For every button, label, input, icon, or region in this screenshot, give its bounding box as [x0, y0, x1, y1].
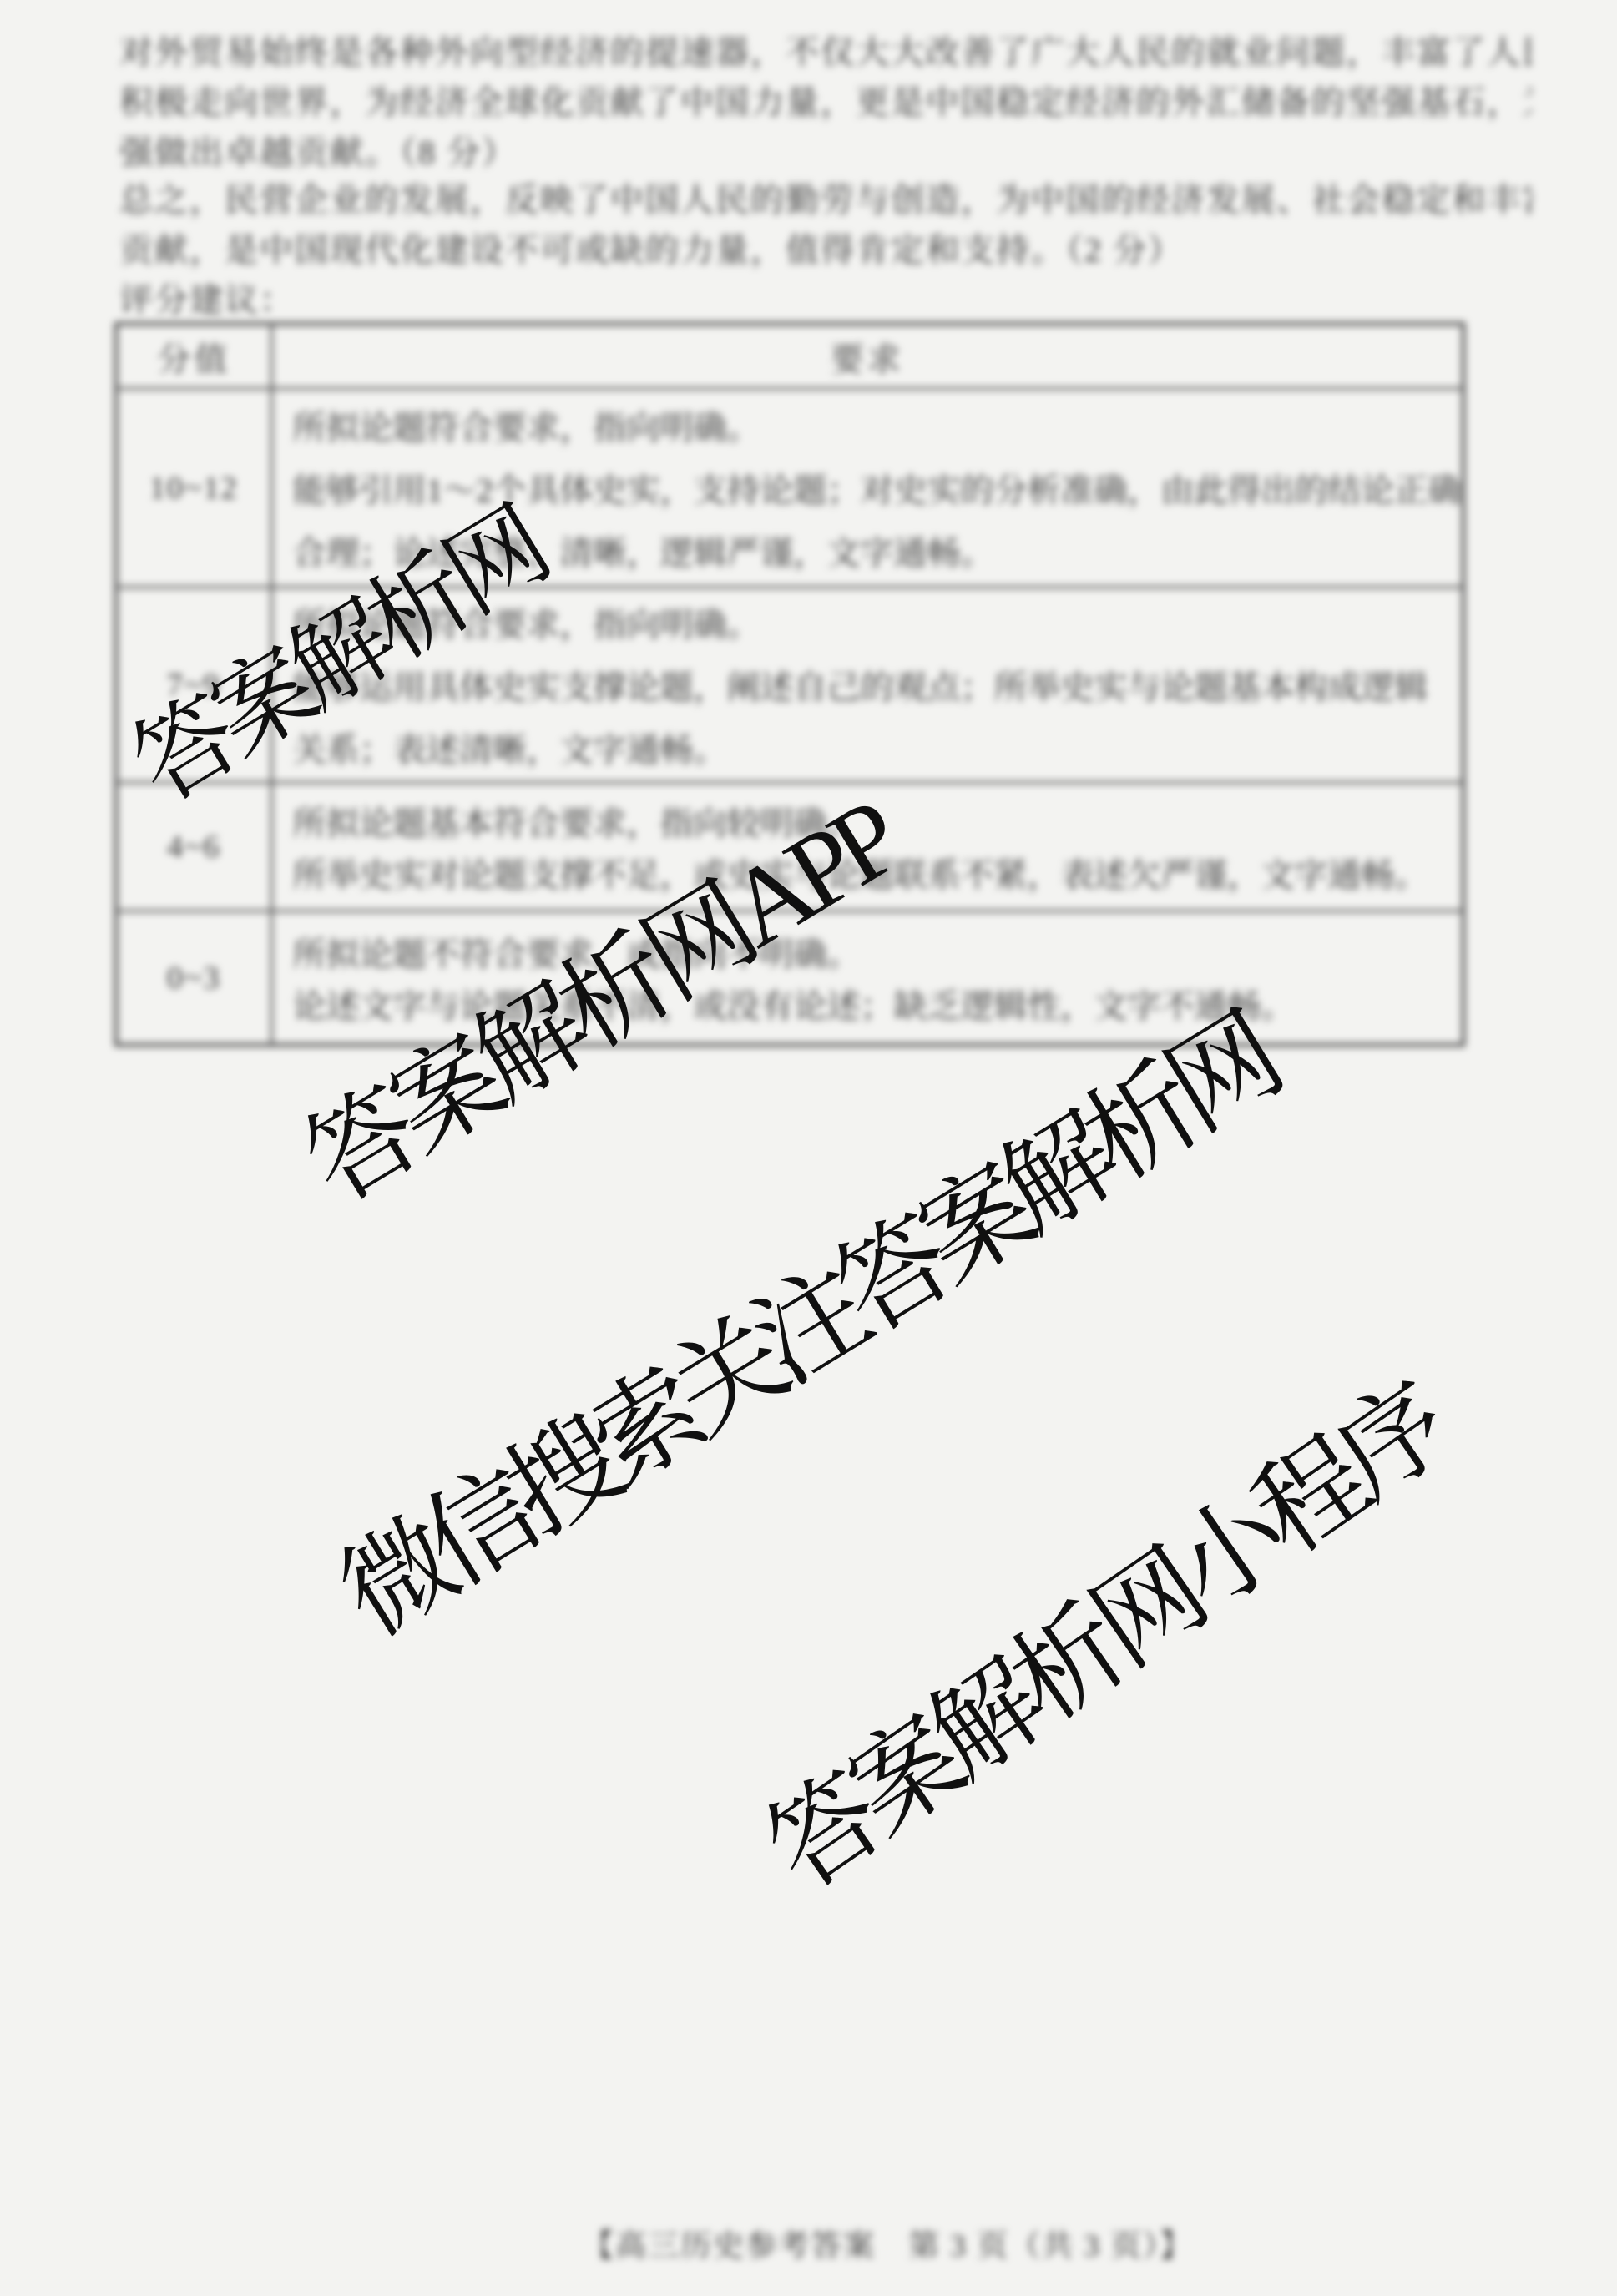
- text-line: 论述文字与论题关系不清，或没有论述；缺乏逻辑性，文字不通畅。: [293, 981, 1448, 1032]
- score-range: 7~9: [116, 588, 271, 783]
- text-line: 所拟论题基本符合要求，指向较明确。: [293, 798, 1448, 850]
- rubric-row: 10~12所拟论题符合要求，指向明确。能够引用1～2个具体史实，支持论题；对史实…: [116, 389, 1463, 588]
- text-line: 总之，民营企业的发展，反映了中国人民的勤劳与创造，为中国的经济发展、社会稳定和丰…: [119, 175, 1532, 225]
- header-requirements-column: 要求: [271, 324, 1463, 389]
- score-range: 10~12: [116, 389, 271, 588]
- text-line: 合理；论述完整、清晰，逻辑严谨，文字通畅。: [293, 522, 1448, 584]
- page-footer: 【高三历史参考答案 第 3 页（共 3 页）】: [583, 2220, 1193, 2265]
- text-line: 能够运用具体史实支撑论题，阐述自己的观点；所举史实与论题基本构成逻辑: [293, 656, 1448, 719]
- header-score-column: 分值: [116, 324, 271, 389]
- text-line: 所举史实对论题支撑不足，或史实与论题联系不紧，表述欠严谨，文字通畅。: [293, 850, 1448, 901]
- score-range: 4~6: [116, 783, 271, 911]
- rubric-header-row: 分值 要求: [116, 324, 1463, 389]
- requirement-text: 所拟论题符合要求，指向明确。能够运用具体史实支撑论题，阐述自己的观点；所举史实与…: [271, 588, 1463, 783]
- text-line: 积极走向世界，为经济全球化贡献了中国力量，更是中国稳定经济的外汇储备的坚强基石，…: [119, 78, 1532, 128]
- para-scoring-note: 评分建议：: [119, 275, 1532, 325]
- text-line: 所拟论题不符合要求，或指向不明确。: [293, 929, 1448, 981]
- para-summary-2pt: 总之，民营企业的发展，反映了中国人民的勤劳与创造，为中国的经济发展、社会稳定和丰…: [119, 175, 1532, 275]
- scoring-rubric-table: 分值 要求 10~12所拟论题符合要求，指向明确。能够引用1～2个具体史实，支持…: [114, 322, 1465, 1047]
- requirement-text: 所拟论题符合要求，指向明确。能够引用1～2个具体史实，支持论题；对史实的分析准确…: [271, 389, 1463, 588]
- text-line: 所拟论题符合要求，指向明确。: [293, 593, 1448, 656]
- scanned-content: 对外贸易始终是各种外向型经济的提速器，不仅大大改善了广大人民的就业问题，丰富了人…: [0, 0, 1617, 2296]
- text-line: 所拟论题符合要求，指向明确。: [293, 396, 1448, 459]
- footer-text: 【高三历史参考答案 第 3 页（共 3 页）】: [583, 2229, 1193, 2263]
- requirement-text: 所拟论题不符合要求，或指向不明确。论述文字与论题关系不清，或没有论述；缺乏逻辑性…: [271, 911, 1463, 1046]
- text-line: 对外贸易始终是各种外向型经济的提速器，不仅大大改善了广大人民的就业问题，丰富了人…: [119, 28, 1532, 78]
- score-range: 0~3: [116, 911, 271, 1046]
- text-line: 贡献，是中国现代化建设不可或缺的力量，值得肯定和支持。（2 分）: [119, 225, 1532, 275]
- text-line: 能够引用1～2个具体史实，支持论题；对史实的分析准确，由此得出的结论正确: [293, 459, 1448, 522]
- text-line: 评分建议：: [119, 275, 1532, 325]
- rubric-row: 0~3所拟论题不符合要求，或指向不明确。论述文字与论题关系不清，或没有论述；缺乏…: [116, 911, 1463, 1046]
- requirement-text: 所拟论题基本符合要求，指向较明确。所举史实对论题支撑不足，或史实与论题联系不紧，…: [271, 783, 1463, 911]
- text-line: 强做出卓越贡献。（8 分）: [119, 128, 1532, 178]
- rubric-row: 7~9所拟论题符合要求，指向明确。能够运用具体史实支撑论题，阐述自己的观点；所举…: [116, 588, 1463, 783]
- document-page: 对外贸易始终是各种外向型经济的提速器，不仅大大改善了广大人民的就业问题，丰富了人…: [0, 0, 1617, 2296]
- text-line: 关系；表述清晰，文字通畅。: [293, 719, 1448, 781]
- para-conclusion-8pt: 对外贸易始终是各种外向型经济的提速器，不仅大大改善了广大人民的就业问题，丰富了人…: [119, 28, 1532, 178]
- rubric-row: 4~6所拟论题基本符合要求，指向较明确。所举史实对论题支撑不足，或史实与论题联系…: [116, 783, 1463, 911]
